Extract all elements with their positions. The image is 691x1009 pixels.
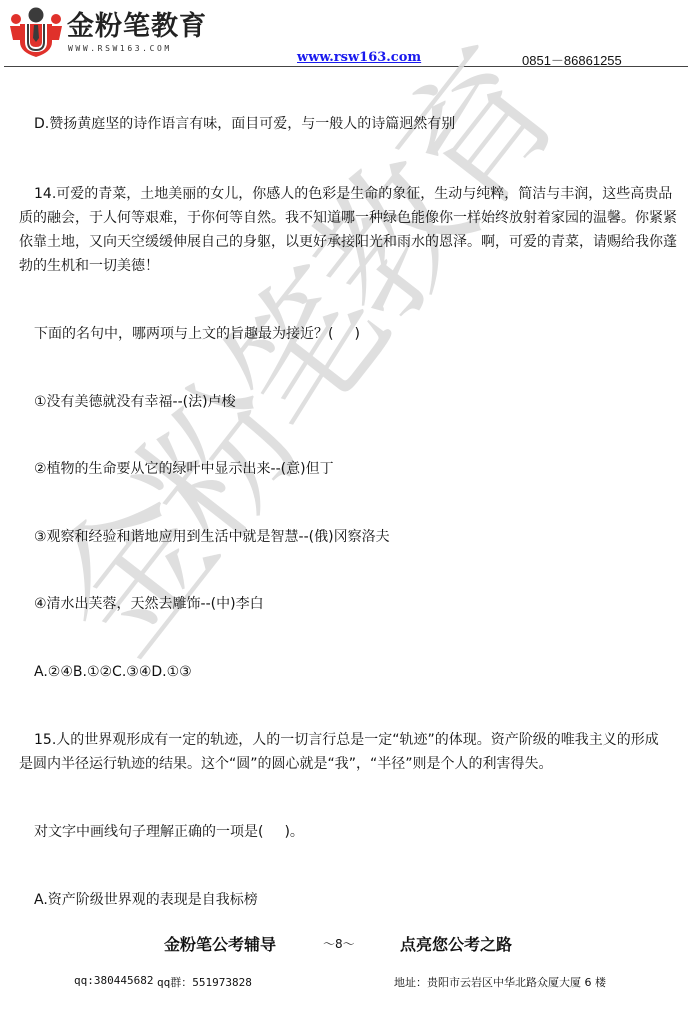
q14-item-2: ②植物的生命要从它的绿叶中显示出来--(意)但丁 bbox=[34, 457, 334, 481]
q15-option-a: A.资产阶级世界观的表现是自我标榜 bbox=[34, 888, 258, 912]
q15-passage-line-2: 是圆内半径运行轨迹的结果。这个“圆”的圆心就是“我”，“半径”则是个人的利害得失… bbox=[19, 752, 553, 776]
page-number: ～8～ bbox=[323, 935, 355, 952]
footer-address: 地址：贵阳市云岩区中华北路众厦大厦 6 楼 bbox=[394, 974, 606, 990]
q15-passage-line-1: 15.人的世界观形成有一定的轨迹，人的一切言行总是一定“轨迹”的体现。资产阶级的… bbox=[34, 728, 659, 752]
q14-options: A.②④B.①②C.③④D.①③ bbox=[34, 660, 192, 684]
footer-qq-group: qq群：551973828 bbox=[157, 974, 252, 990]
previous-option-d: D.赞扬黄庭坚的诗作语言有味，面目可爱，与一般人的诗篇迥然有别 bbox=[34, 112, 455, 136]
q14-item-1: ①没有美德就没有幸福--(法)卢梭 bbox=[34, 390, 236, 414]
q14-item-4: ④清水出芙蓉，天然去雕饰--(中)李白 bbox=[34, 592, 264, 616]
q14-passage-line-1: 14.可爱的青菜，土地美丽的女儿，你感人的色彩是生命的象征，生动与纯粹，简洁与丰… bbox=[34, 182, 672, 206]
footer-left-slogan: 金粉笔公考辅导 bbox=[164, 932, 276, 955]
q14-prompt: 下面的名句中，哪两项与上文的旨趣最为接近？( ) bbox=[34, 322, 360, 346]
q14-passage-line-4: 勃的生机和一切美德！ bbox=[19, 254, 159, 278]
q14-passage-line-3: 依靠土地，又向天空缓缓伸展自己的身躯，以更好承接阳光和雨水的恩泽。啊，可爱的青菜… bbox=[19, 230, 677, 254]
q15-prompt: 对文字中画线句子理解正确的一项是( )。 bbox=[34, 820, 304, 844]
footer-qq: qq:380445682 bbox=[74, 974, 153, 987]
q14-passage-line-2: 质的融会，于人何等艰难，于你何等自然。我不知道哪一种绿色能像你一样始终放射着家园… bbox=[19, 206, 677, 230]
document-body: D.赞扬黄庭坚的诗作语言有味，面目可爱，与一般人的诗篇迥然有别 14.可爱的青菜… bbox=[0, 0, 691, 1009]
footer-right-slogan: 点亮您公考之路 bbox=[400, 932, 512, 955]
q14-item-3: ③观察和经验和谐地应用到生活中就是智慧--(俄)冈察洛夫 bbox=[34, 525, 390, 549]
